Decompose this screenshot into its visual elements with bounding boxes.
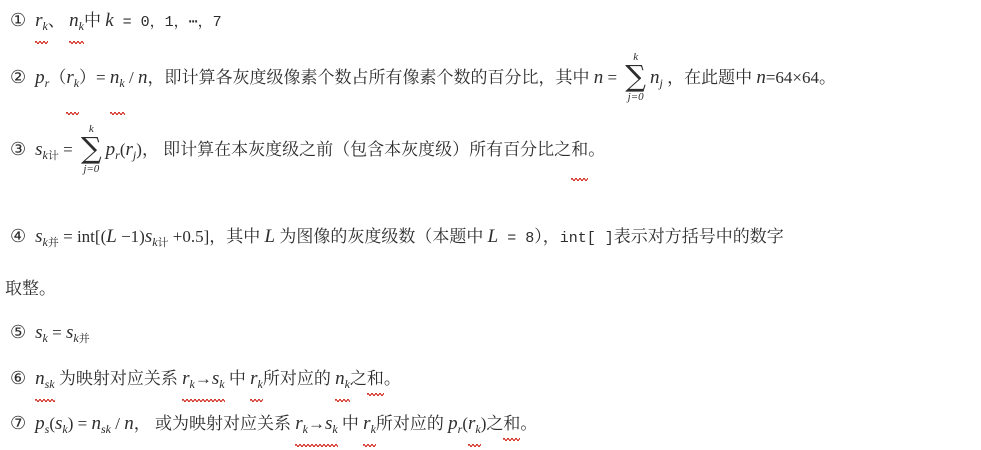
circled-step-number: ④ bbox=[10, 226, 26, 247]
circled-step-number: ③ bbox=[10, 139, 26, 160]
math-variable: rk bbox=[363, 410, 376, 447]
summation-symbol: k∑j=0 bbox=[625, 51, 646, 103]
document-line-5: 取整。 bbox=[5, 275, 56, 303]
subscript: k计 bbox=[43, 150, 59, 162]
text-segment: 和 bbox=[503, 410, 520, 441]
text-segment: ) = bbox=[68, 414, 92, 433]
text-segment: 取整。 bbox=[5, 279, 56, 298]
text-segment: 之 bbox=[486, 414, 503, 433]
math-variable: sk bbox=[55, 413, 68, 434]
text-segment: 、 bbox=[48, 11, 69, 30]
text-segment: = int[( bbox=[59, 227, 106, 246]
sigma-glyph: ∑ bbox=[625, 63, 646, 91]
text-segment: 。 bbox=[384, 369, 401, 388]
math-variable: rk bbox=[250, 365, 263, 402]
text-segment: 和 bbox=[571, 122, 588, 181]
text-segment: 中 bbox=[225, 369, 251, 388]
math-variable: sk并 bbox=[35, 226, 59, 247]
text-segment: / bbox=[111, 414, 124, 433]
text-segment: ， 或为映射对应关系 bbox=[134, 414, 296, 433]
text-segment: −1) bbox=[117, 227, 145, 246]
text-segment: 中 bbox=[84, 11, 105, 30]
math-variable: pr bbox=[448, 413, 462, 434]
text-segment: 中 bbox=[338, 414, 364, 433]
text-segment: = bbox=[59, 140, 77, 159]
text-segment: ） bbox=[79, 68, 96, 87]
text-segment: = bbox=[48, 323, 66, 342]
circled-step-number: ⑥ bbox=[10, 368, 26, 389]
math-variable: L bbox=[106, 226, 117, 247]
circled-step-number: ⑦ bbox=[10, 413, 26, 434]
circled-step-number: ⑤ bbox=[10, 322, 26, 343]
math-variable: nk bbox=[69, 7, 84, 44]
text-segment: / bbox=[125, 68, 138, 87]
circled-step-number: ② bbox=[10, 67, 26, 88]
math-variable: rk bbox=[66, 50, 79, 115]
math-expression: rk→sk bbox=[182, 365, 224, 402]
math-variable: rj bbox=[126, 139, 137, 160]
math-variable: ps bbox=[35, 413, 49, 434]
text-segment: 。 bbox=[588, 140, 605, 159]
math-variable: L bbox=[265, 226, 276, 247]
math-variable: nk bbox=[110, 50, 125, 115]
subscript: sk bbox=[101, 424, 111, 436]
math-variable: pr bbox=[35, 67, 49, 88]
subscript: k并 bbox=[43, 237, 59, 249]
math-variable: nk bbox=[335, 365, 350, 402]
text-segment: +0.5] bbox=[169, 227, 210, 246]
text-segment: = 8 bbox=[498, 230, 534, 247]
text-segment: ，其中 bbox=[209, 227, 264, 246]
document-line-6: ⑤sk = sk并 bbox=[10, 319, 90, 353]
circled-step-number: ① bbox=[10, 10, 26, 31]
sigma-glyph: ∑ bbox=[81, 135, 102, 163]
summation-symbol: k∑j=0 bbox=[81, 123, 102, 175]
text-segment: （ bbox=[49, 68, 66, 87]
document-line-8: ⑦ps(sk) = nsk / n， 或为映射对应关系 rk→sk 中 rk所对… bbox=[10, 410, 537, 447]
text-segment: 。 bbox=[520, 414, 537, 433]
text-segment: ， 即计算在本灰度级之前（包含本灰度级）所有百分比之 bbox=[142, 140, 571, 159]
text-segment: = 0，1，⋯，7 bbox=[114, 14, 222, 31]
math-variable: n bbox=[124, 413, 134, 434]
text-segment: = bbox=[603, 68, 621, 87]
math-variable: nsk bbox=[91, 413, 111, 434]
subscript: k并 bbox=[73, 333, 89, 345]
math-variable: sk bbox=[212, 368, 225, 389]
document-page: ①rk、 nk中 k = 0，1，⋯，7②pr（rk）= nk / n，即计算各… bbox=[0, 0, 981, 450]
math-variable: sk bbox=[325, 413, 338, 434]
math-variable: rk bbox=[295, 413, 308, 434]
math-variable: rk bbox=[468, 410, 481, 447]
text-segment: → bbox=[195, 369, 212, 388]
sum-lower-limit: j=0 bbox=[628, 91, 644, 103]
text-segment: = bbox=[96, 68, 110, 87]
math-variable: sk计 bbox=[145, 226, 169, 247]
text-segment: ，在此题中 bbox=[663, 68, 757, 87]
text-segment: 表示对方括号中的数字 bbox=[614, 227, 784, 246]
math-variable: nj bbox=[650, 67, 663, 88]
text-segment: ）， bbox=[534, 227, 560, 246]
document-line-2: ②pr（rk）= nk / n，即计算各灰度级像素个数占所有像素个数的百分比，其… bbox=[10, 50, 836, 115]
text-segment: → bbox=[308, 414, 325, 433]
text-segment: 所对应的 bbox=[376, 414, 448, 433]
text-segment: 为图像的灰度级数（本题中 bbox=[275, 227, 488, 246]
text-segment: =64×64 bbox=[766, 68, 819, 87]
text-segment: 所对应的 bbox=[263, 369, 335, 388]
text-segment: ，即计算各灰度级像素个数占所有像素个数的百分比，其中 bbox=[147, 68, 593, 87]
math-expression: rk→sk bbox=[295, 410, 337, 447]
document-line-7: ⑥nsk 为映射对应关系 rk→sk 中 rk所对应的 nk之和。 bbox=[10, 365, 401, 402]
text-segment: int[ ] bbox=[560, 230, 614, 247]
math-variable: sk计 bbox=[35, 139, 59, 160]
math-variable: nsk bbox=[35, 365, 55, 402]
document-line-1: ①rk、 nk中 k = 0，1，⋯，7 bbox=[10, 7, 222, 44]
math-variable: rk bbox=[35, 7, 48, 44]
text-segment: 和 bbox=[367, 365, 384, 396]
math-variable: rk bbox=[182, 368, 195, 389]
math-variable: n bbox=[756, 67, 766, 88]
math-variable: sk bbox=[35, 322, 48, 343]
text-segment: ( bbox=[120, 140, 126, 159]
math-variable: k bbox=[105, 10, 113, 31]
math-variable: L bbox=[488, 226, 499, 247]
text-segment: 为映射对应关系 bbox=[55, 369, 183, 388]
document-line-3: ③sk计 = k∑j=0pr(rj)， 即计算在本灰度级之前（包含本灰度级）所有… bbox=[10, 122, 605, 184]
math-variable: n bbox=[594, 67, 604, 88]
subscript: k计 bbox=[152, 237, 168, 249]
math-variable: pr bbox=[106, 139, 120, 160]
sum-lower-limit: j=0 bbox=[83, 163, 99, 175]
math-variable: sk并 bbox=[66, 322, 90, 343]
document-line-4: ④sk并 = int[(L −1)sk计 +0.5]，其中 L 为图像的灰度级数… bbox=[10, 223, 784, 257]
text-segment: 之 bbox=[350, 369, 367, 388]
subscript: sk bbox=[45, 379, 55, 391]
text-segment: 。 bbox=[819, 68, 836, 87]
